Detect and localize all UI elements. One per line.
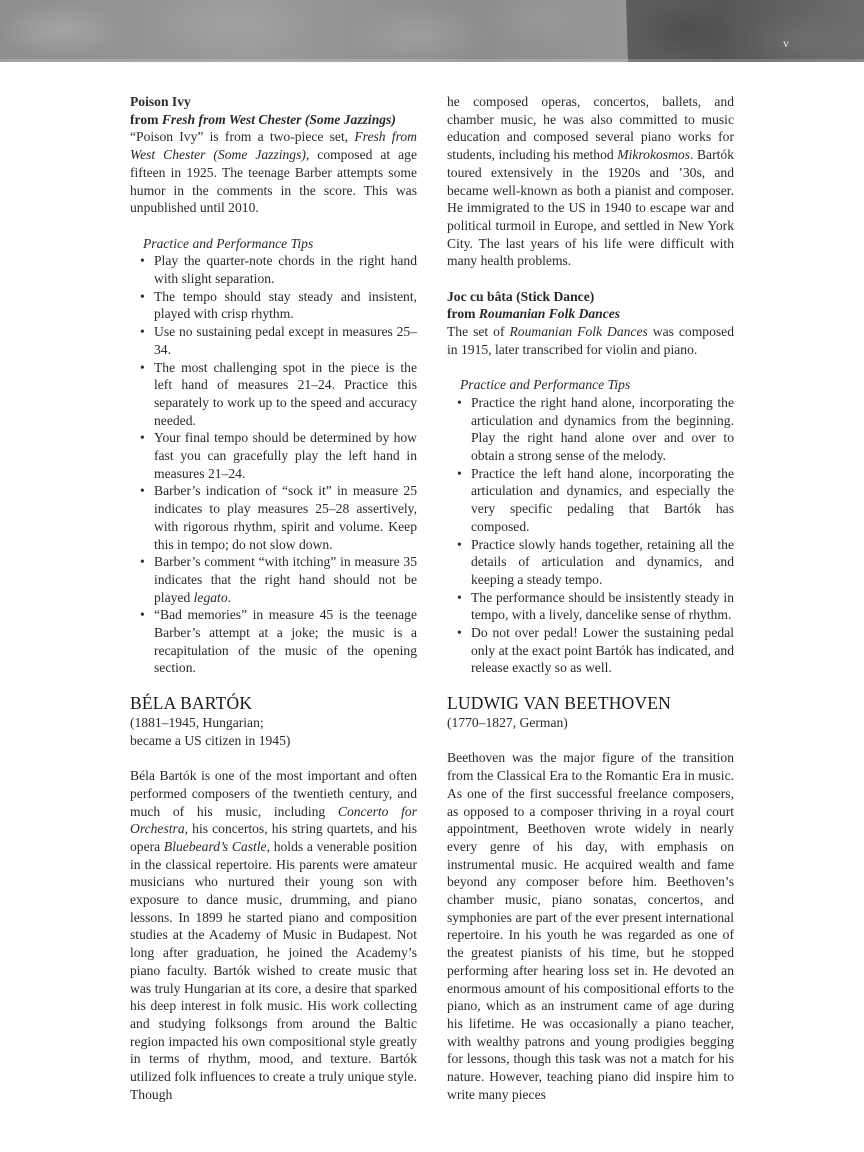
- tip-item: Your final tempo should be determined by…: [154, 429, 417, 482]
- tip-item: Practice the left hand alone, incorporat…: [471, 465, 734, 536]
- beethoven-section: LUDWIG VAN BEETHOVEN (1770–1827, German)…: [447, 692, 734, 1103]
- tip-text: .: [228, 590, 231, 605]
- tip-item: Play the quarter-note chords in the righ…: [154, 252, 417, 287]
- page-header-rule: [0, 59, 864, 62]
- tip-italic-term: legato: [194, 590, 228, 605]
- tip-item: Barber’s indication of “sock it” in meas…: [154, 482, 417, 553]
- bio-work-title: Bluebeard’s Castle: [164, 839, 267, 854]
- poison-ivy-section: Poison Ivy from Fresh from West Chester …: [130, 93, 417, 677]
- spacer: [130, 749, 417, 767]
- piece-source: from Roumanian Folk Dances: [447, 305, 734, 323]
- composer-name: LUDWIG VAN BEETHOVEN: [447, 692, 734, 714]
- bio-work-title: Mikrokosmos: [617, 147, 690, 162]
- intro-text: The set of: [447, 324, 509, 339]
- intro-work-title: Roumanian Folk Dances: [509, 324, 647, 339]
- tips-list: Play the quarter-note chords in the righ…: [130, 252, 417, 677]
- composer-bio: Béla Bartók is one of the most important…: [130, 767, 417, 1103]
- piece-title: Joc cu bâta (Stick Dance): [447, 288, 734, 306]
- tips-list: Practice the right hand alone, incorpora…: [447, 394, 734, 677]
- page-number: v: [783, 36, 789, 50]
- tip-item: Practice the right hand alone, incorpora…: [471, 394, 734, 465]
- composer-dates: (1881–1945, Hungarian;: [130, 714, 417, 732]
- tips-heading: Practice and Performance Tips: [130, 235, 417, 253]
- source-work-title: Roumanian Folk Dances: [479, 306, 620, 321]
- source-work-title: Fresh from West Chester (Some Jazzings): [162, 112, 396, 127]
- piece-source: from Fresh from West Chester (Some Jazzi…: [130, 111, 417, 129]
- page-header-dark-panel: [624, 0, 864, 62]
- right-top-section: he composed operas, concertos, ballets, …: [447, 93, 734, 677]
- tip-item: Practice slowly hands together, retainin…: [471, 536, 734, 589]
- composer-name: BÉLA BARTÓK: [130, 692, 417, 714]
- tip-item: The tempo should stay steady and insiste…: [154, 288, 417, 323]
- tip-item: Use no sustaining pedal except in measur…: [154, 323, 417, 358]
- spacer: [447, 732, 734, 750]
- piece-intro: “Poison Ivy” is from a two-piece set, Fr…: [130, 128, 417, 217]
- bio-text: , holds a venerable position in the clas…: [130, 839, 417, 1102]
- spacer: [447, 270, 734, 288]
- tips-heading: Practice and Performance Tips: [447, 376, 734, 394]
- tip-item: Do not over pedal! Lower the sustaining …: [471, 624, 734, 677]
- tip-item: The performance should be insistently st…: [471, 589, 734, 624]
- piece-title: Poison Ivy: [130, 93, 417, 111]
- composer-dates: became a US citizen in 1945): [130, 732, 417, 750]
- bio-text: . Bartók toured extensively in the 1920s…: [447, 147, 734, 268]
- composer-bio: Beethoven was the major figure of the tr…: [447, 749, 734, 1103]
- source-prefix: from: [130, 112, 162, 127]
- tip-item: Barber’s comment “with itching” in measu…: [154, 553, 417, 606]
- composer-dates: (1770–1827, German): [447, 714, 734, 732]
- tip-item: “Bad memories” in measure 45 is the teen…: [154, 606, 417, 677]
- tip-item: The most challenging spot in the piece i…: [154, 359, 417, 430]
- piece-intro: The set of Roumanian Folk Dances was com…: [447, 323, 734, 358]
- bartok-bio-continued: he composed operas, concertos, ballets, …: [447, 93, 734, 270]
- source-prefix: from: [447, 306, 479, 321]
- bartok-section: BÉLA BARTÓK (1881–1945, Hungarian; becam…: [130, 692, 417, 1103]
- intro-text: “Poison Ivy” is from a two-piece set,: [130, 129, 354, 144]
